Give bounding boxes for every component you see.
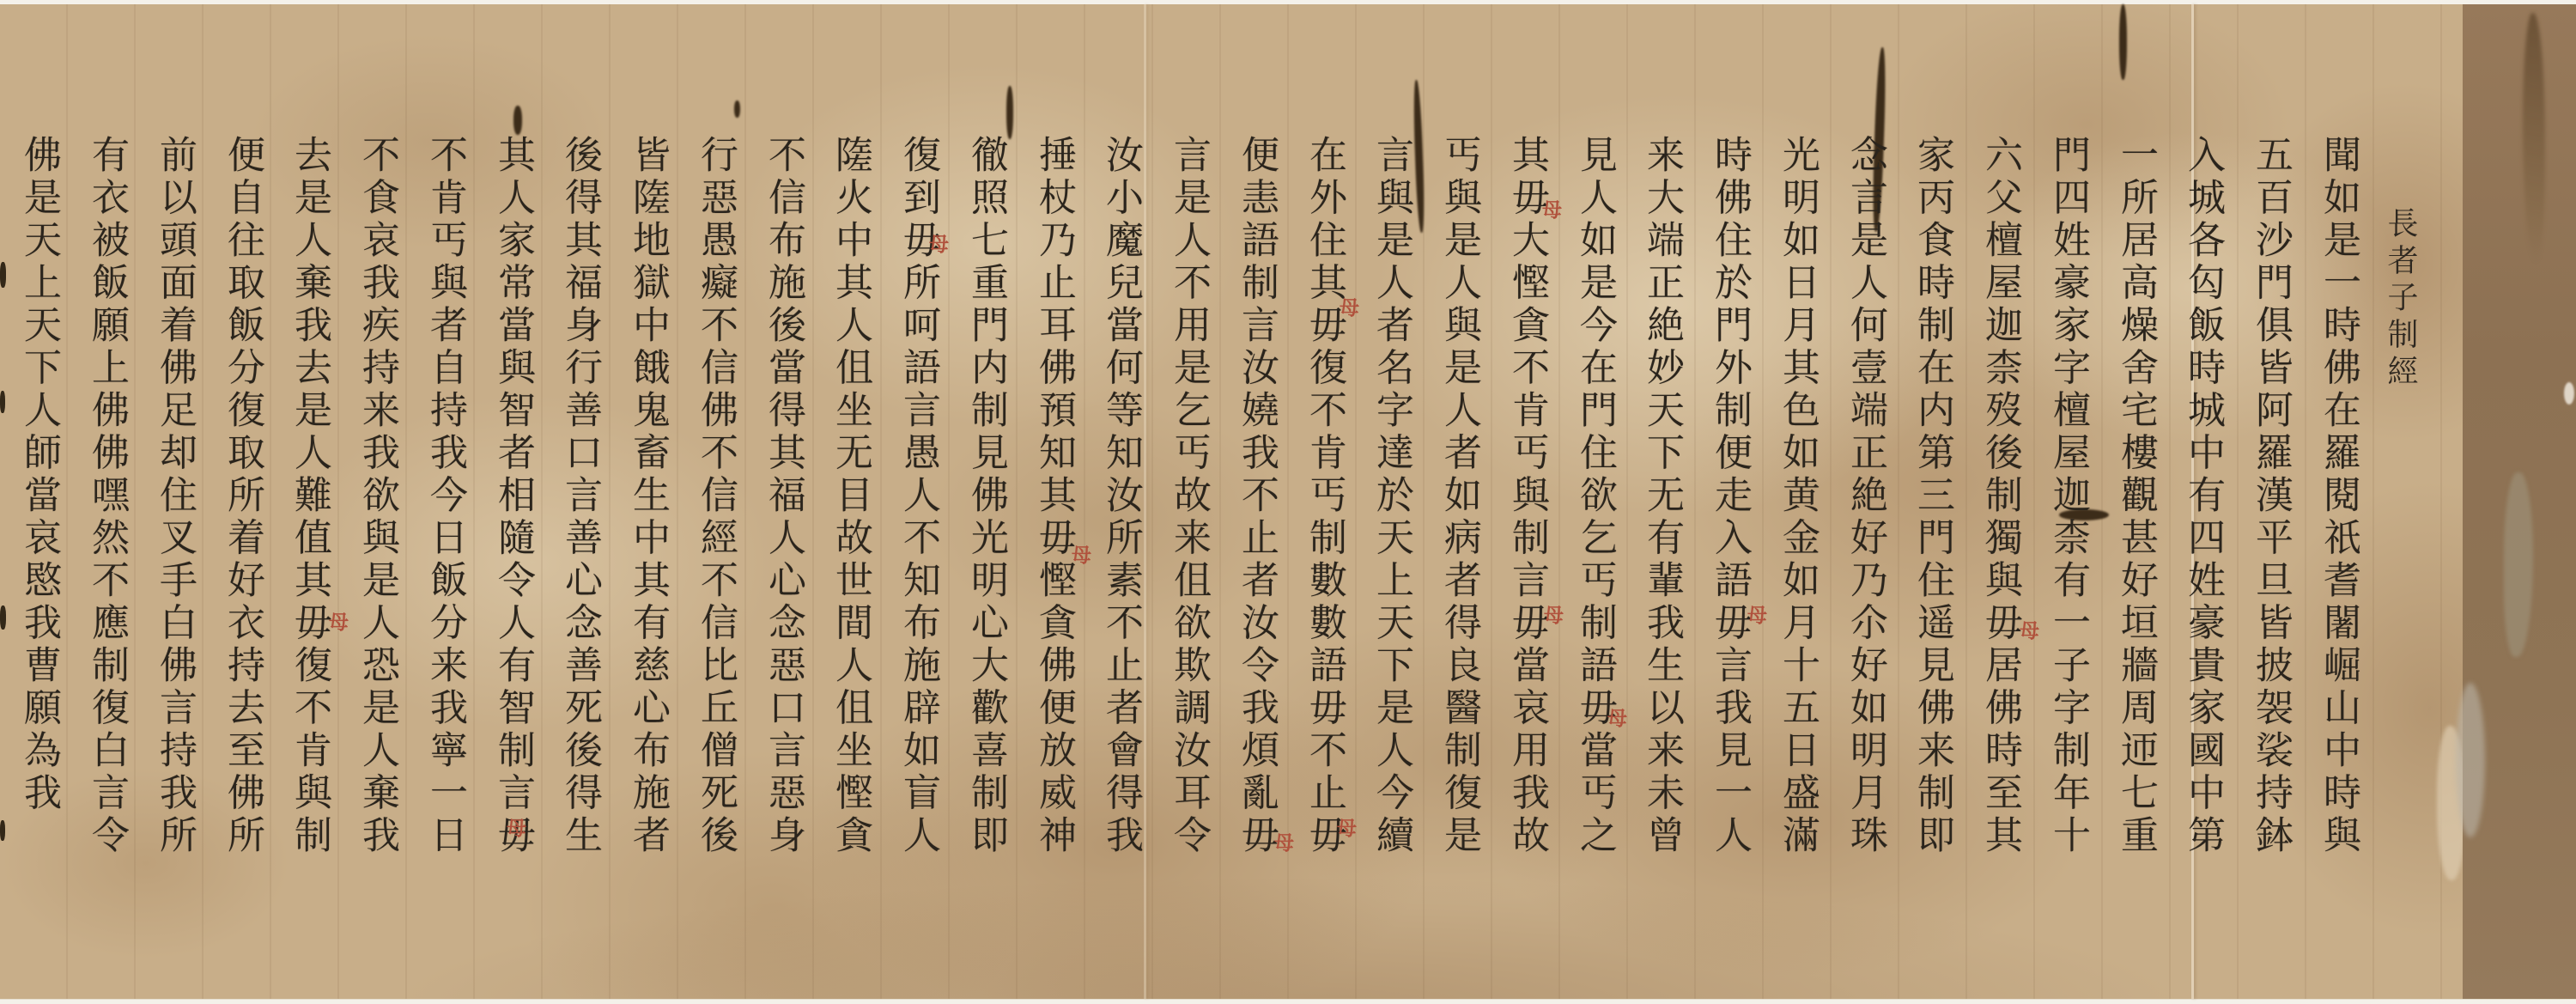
text-column: 有衣被飯願上佛佛嘿然不應制復白言令 — [79, 135, 134, 858]
text-column: 便自往取飯分復取所着好衣持去至佛所 — [215, 135, 270, 858]
text-column: 去是人棄我去是人難值其毋復不肯與制 — [282, 135, 337, 858]
text-column: 其人家常當與智者相隨令人有智制言毋 — [485, 135, 540, 858]
mounting-paper — [2463, 4, 2576, 999]
ink-spot — [513, 106, 522, 135]
ink-stain — [2119, 4, 2127, 80]
ink-stain — [1006, 86, 1013, 139]
scroll-paper: 長者子制經 聞如是一時佛在羅閱祇耆闍崛山中時與 五百沙門俱皆阿羅漢平旦皆披袈裟持… — [0, 4, 2466, 999]
text-column: 行惡愚癡不信佛不信經不信比丘僧死後 — [688, 135, 743, 858]
red-correction-mark: 母 — [1544, 605, 1564, 625]
red-correction-mark: 母 — [1072, 545, 1091, 565]
text-column: 前以頭面着佛足却住叉手白佛言持我所 — [147, 135, 202, 858]
paper-fleck — [2564, 382, 2574, 405]
text-column: 念言是人何壹端正絶好乃尒好如明月珠 — [1838, 135, 1893, 858]
text-column: 入城各匃飯時城中有四姓豪貴家國中第 — [2175, 135, 2230, 858]
text-column: 聞如是一時佛在羅閱祇耆闍崛山中時與 — [2311, 135, 2366, 858]
sutra-title: 長者子制經 — [2379, 207, 2422, 392]
cut-column-fragment — [0, 391, 5, 413]
cut-column-fragment — [0, 262, 6, 288]
red-correction-mark: 母 — [329, 612, 349, 632]
text-column: 家丙食時制在内第三門住遥見佛来制即 — [1905, 135, 1959, 858]
red-correction-mark: 母 — [929, 234, 949, 254]
cut-column-fragment — [0, 605, 6, 630]
text-column: 一所居高燥舍宅樓觀甚好垣牆周迊七重 — [2108, 135, 2163, 858]
red-correction-mark: 母 — [2020, 621, 2039, 641]
cut-column-fragment — [0, 820, 5, 841]
text-column: 言是人不用是乞丐故来伹欲欺調汝耳令 — [1161, 135, 1216, 858]
text-column: 言與是人者名字達於天上天下是人今續 — [1364, 135, 1419, 858]
text-column: 捶杖乃止耳佛預知其毋慳貪佛便放威神 — [1026, 135, 1081, 858]
red-correction-mark: 母 — [1542, 200, 1562, 220]
drip-stain — [2523, 13, 2545, 262]
text-column: 六父檀屋迦柰歿後制獨與毋居佛時至其 — [1972, 135, 2027, 858]
text-column: 後得其福身行善口言善心念善死後得生 — [552, 135, 607, 858]
water-stain — [2504, 472, 2533, 657]
water-stain — [2456, 683, 2485, 837]
text-column: 光明如日月其色如黄金如月十五日盛滿 — [1770, 135, 1825, 858]
red-correction-mark: 母 — [1337, 818, 1357, 838]
red-correction-mark: 母 — [507, 818, 526, 838]
text-column: 在外住其毋復不肯丐制數數語毋不止毋 — [1297, 135, 1352, 858]
text-column: 時佛住於門外制便走入語毋言我見一人 — [1702, 135, 1757, 858]
text-column: 不食哀我疾持来我欲與是人恐是人棄我 — [349, 135, 404, 858]
text-column: 不肯丐與者自持我今日飯分来我寧一日 — [417, 135, 472, 858]
text-column: 丐與是人與是人者如病者得良醫制復是 — [1431, 135, 1486, 858]
text-column: 汝小魔兒當何等知汝所素不止者會得我 — [1093, 135, 1148, 858]
text-column: 佛是天上天下人師當哀愍我曹願為我 — [11, 135, 66, 815]
text-column: 見人如是今在門住欲乞丐制語毋當丐之 — [1567, 135, 1622, 858]
text-column: 便恚語制言汝嬈我不止者汝令我煩亂毋 — [1229, 135, 1284, 858]
text-column: 不信布施後當得其福人心念惡口言惡身 — [756, 135, 811, 858]
ink-spot — [734, 100, 740, 118]
red-correction-mark: 母 — [1607, 709, 1627, 728]
red-correction-mark: 母 — [1274, 833, 1294, 853]
text-column: 五百沙門俱皆阿羅漢平旦皆披袈裟持鉢 — [2243, 135, 2298, 858]
manuscript-photo: 長者子制經 聞如是一時佛在羅閱祇耆闍崛山中時與 五百沙門俱皆阿羅漢平旦皆披袈裟持… — [0, 0, 2576, 1004]
text-column: 来大端正絶妙天下无有輩我生以来未曾 — [1634, 135, 1689, 858]
text-column: 皆隓地獄中餓鬼畜生中其有慈心布施者 — [620, 135, 675, 858]
text-column: 門四姓豪家字檀屋迦柰有一子字制年十 — [2040, 135, 2095, 858]
red-correction-mark: 母 — [1747, 605, 1767, 625]
text-column: 其毋大慳貪不肯丐與制言毋當哀用我故 — [1499, 135, 1554, 858]
text-column: 隓火中其人伹坐无目故世間人伹坐慳貪 — [823, 135, 878, 858]
red-correction-mark: 母 — [1340, 298, 1359, 318]
text-column: 徹照七重門内制見佛光明心大歡喜制即 — [958, 135, 1013, 858]
